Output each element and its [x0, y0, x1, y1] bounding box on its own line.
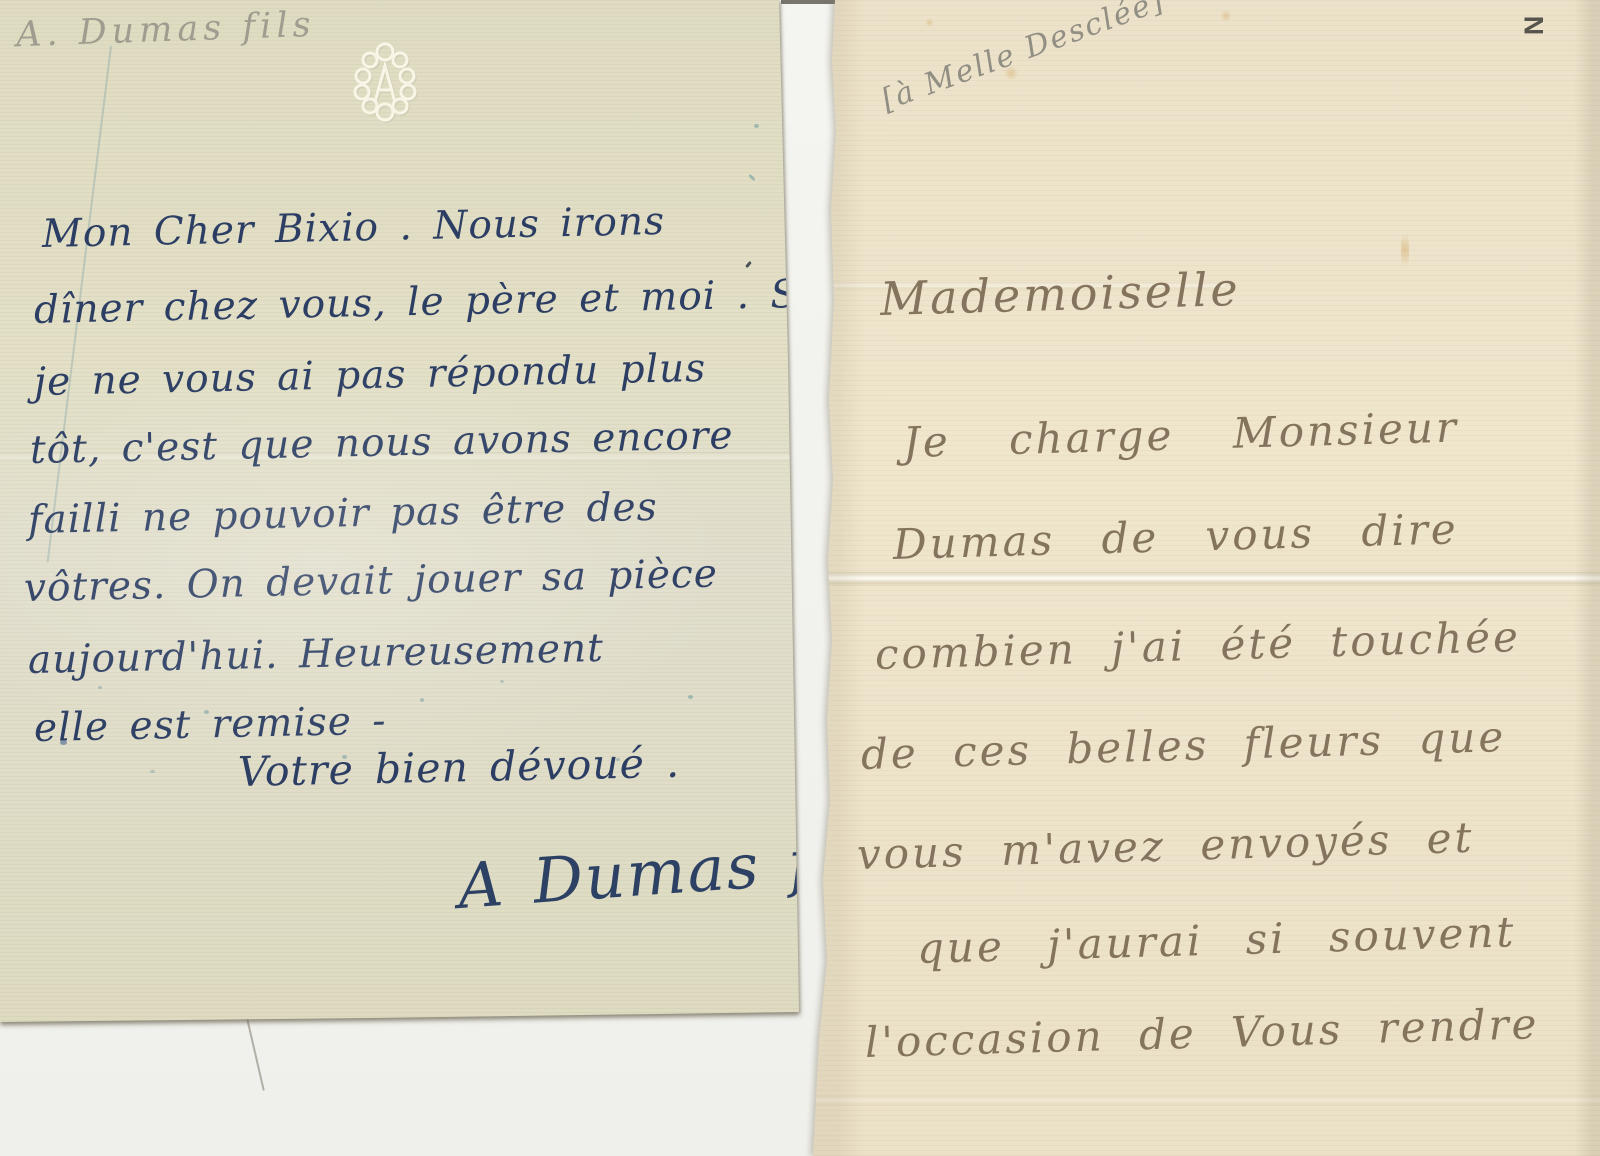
ink-speck	[688, 695, 693, 699]
letter-line: failli ne pouvoir pas être des	[28, 485, 659, 543]
ink-speck	[98, 686, 102, 689]
fold-crease	[805, 282, 1225, 290]
fold-crease	[805, 1096, 1600, 1106]
ink-speck	[204, 710, 209, 714]
corner-letter-mark: N	[1517, 16, 1548, 36]
ink-speck	[500, 680, 504, 683]
ink-speck	[342, 755, 347, 759]
letter-line: Mon Cher Bixio . Nous irons	[42, 199, 666, 257]
letter-line: vôtres. On devait jouer sa pièce	[24, 551, 719, 611]
ink-fleck	[745, 261, 752, 268]
scanned-letters-page: A. Dumas fils	[0, 0, 1600, 1156]
embossed-monogram-icon	[350, 40, 420, 124]
archivist-note-right: [à Melle Desclée]	[877, 0, 1170, 118]
paper-stain	[1401, 226, 1409, 274]
letter-closing: Votre bien dévoué .	[237, 739, 680, 796]
fold-crease	[805, 572, 1600, 586]
letter-line: Mademoiselle	[879, 262, 1241, 326]
letter-line: aujourd'hui. Heureusement	[28, 626, 605, 683]
letter-line: vous m'avez envoyés et	[856, 813, 1475, 879]
ink-speck	[754, 124, 759, 128]
right-letter-wrap: [à Melle Desclée] N Mademoiselle Je char…	[805, 0, 1600, 1156]
paper-stain	[925, 18, 934, 27]
fold-crease	[0, 452, 802, 462]
ink-speck	[60, 740, 67, 745]
letter-line: l'occasion de Vous rendre	[864, 999, 1540, 1067]
left-letter-paper: A. Dumas fils	[0, 0, 802, 1026]
letter-line: elle est remise -	[34, 699, 387, 751]
right-letter-paper: [à Melle Desclée] N Mademoiselle Je char…	[805, 0, 1600, 1156]
ink-speck	[150, 770, 155, 773]
ink-speck	[748, 174, 756, 182]
left-letter-wrap: A. Dumas fils	[0, 0, 802, 1026]
letter-line: tôt, c'est que nous avons encore	[30, 413, 734, 473]
archivist-note-left: A. Dumas fils	[15, 5, 316, 55]
letter-line: Dumas de vous dire	[892, 504, 1459, 569]
letter-line: dîner chez vous, le père et moi . Si	[34, 272, 812, 333]
letter-line: de ces belles fleurs que	[860, 712, 1507, 779]
ink-speck	[616, 758, 620, 761]
ink-speck	[420, 698, 424, 702]
paper-stain	[1003, 66, 1019, 80]
paper-stain	[1220, 10, 1232, 22]
faint-blue-line	[47, 46, 112, 562]
letter-line: que j'aurai si souvent	[916, 907, 1517, 973]
letter-line: combien j'ai été touchée	[874, 612, 1521, 679]
letter-line: je ne vous ai pas répondu plus	[34, 346, 707, 405]
letter-line: Je charge Monsieur	[902, 402, 1459, 467]
